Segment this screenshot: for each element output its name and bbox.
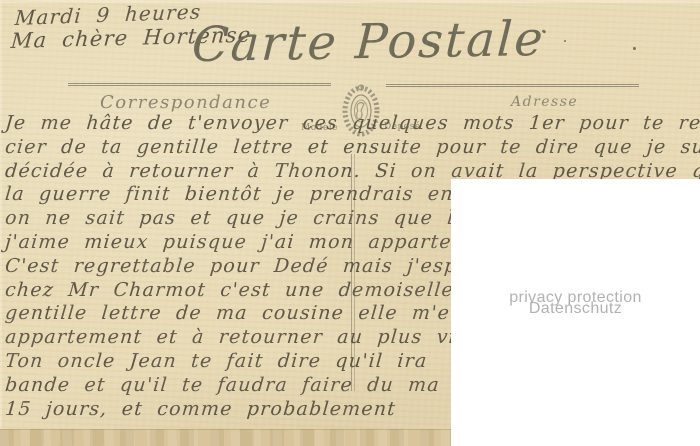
ink-speck bbox=[564, 40, 566, 42]
scan-edge-left bbox=[0, 0, 2, 446]
address-label: Adresse bbox=[511, 94, 578, 110]
letter-line: cier de ta gentille lettre et ensuite po… bbox=[4, 136, 700, 160]
paper-bottom-edge bbox=[0, 429, 452, 446]
letter-line: Je me hâte de t'envoyer ces quelques mot… bbox=[4, 112, 700, 136]
address-rule bbox=[386, 84, 639, 87]
correspondence-rule bbox=[68, 83, 331, 86]
correspondence-label: Correspondance bbox=[100, 92, 271, 113]
postcard-scan: Mardi 9 heures Ma chère Hortense Carte P… bbox=[0, 0, 700, 446]
postcard-title: Carte Postale bbox=[191, 11, 547, 73]
privacy-overlay-text-de: Datenschutz bbox=[451, 303, 700, 314]
ink-speck bbox=[633, 47, 636, 50]
privacy-overlay: privacy protection Datenschutz bbox=[451, 179, 700, 446]
scan-edge-top bbox=[0, 0, 700, 3]
privacy-overlay-text: privacy protection Datenschutz bbox=[451, 292, 700, 314]
